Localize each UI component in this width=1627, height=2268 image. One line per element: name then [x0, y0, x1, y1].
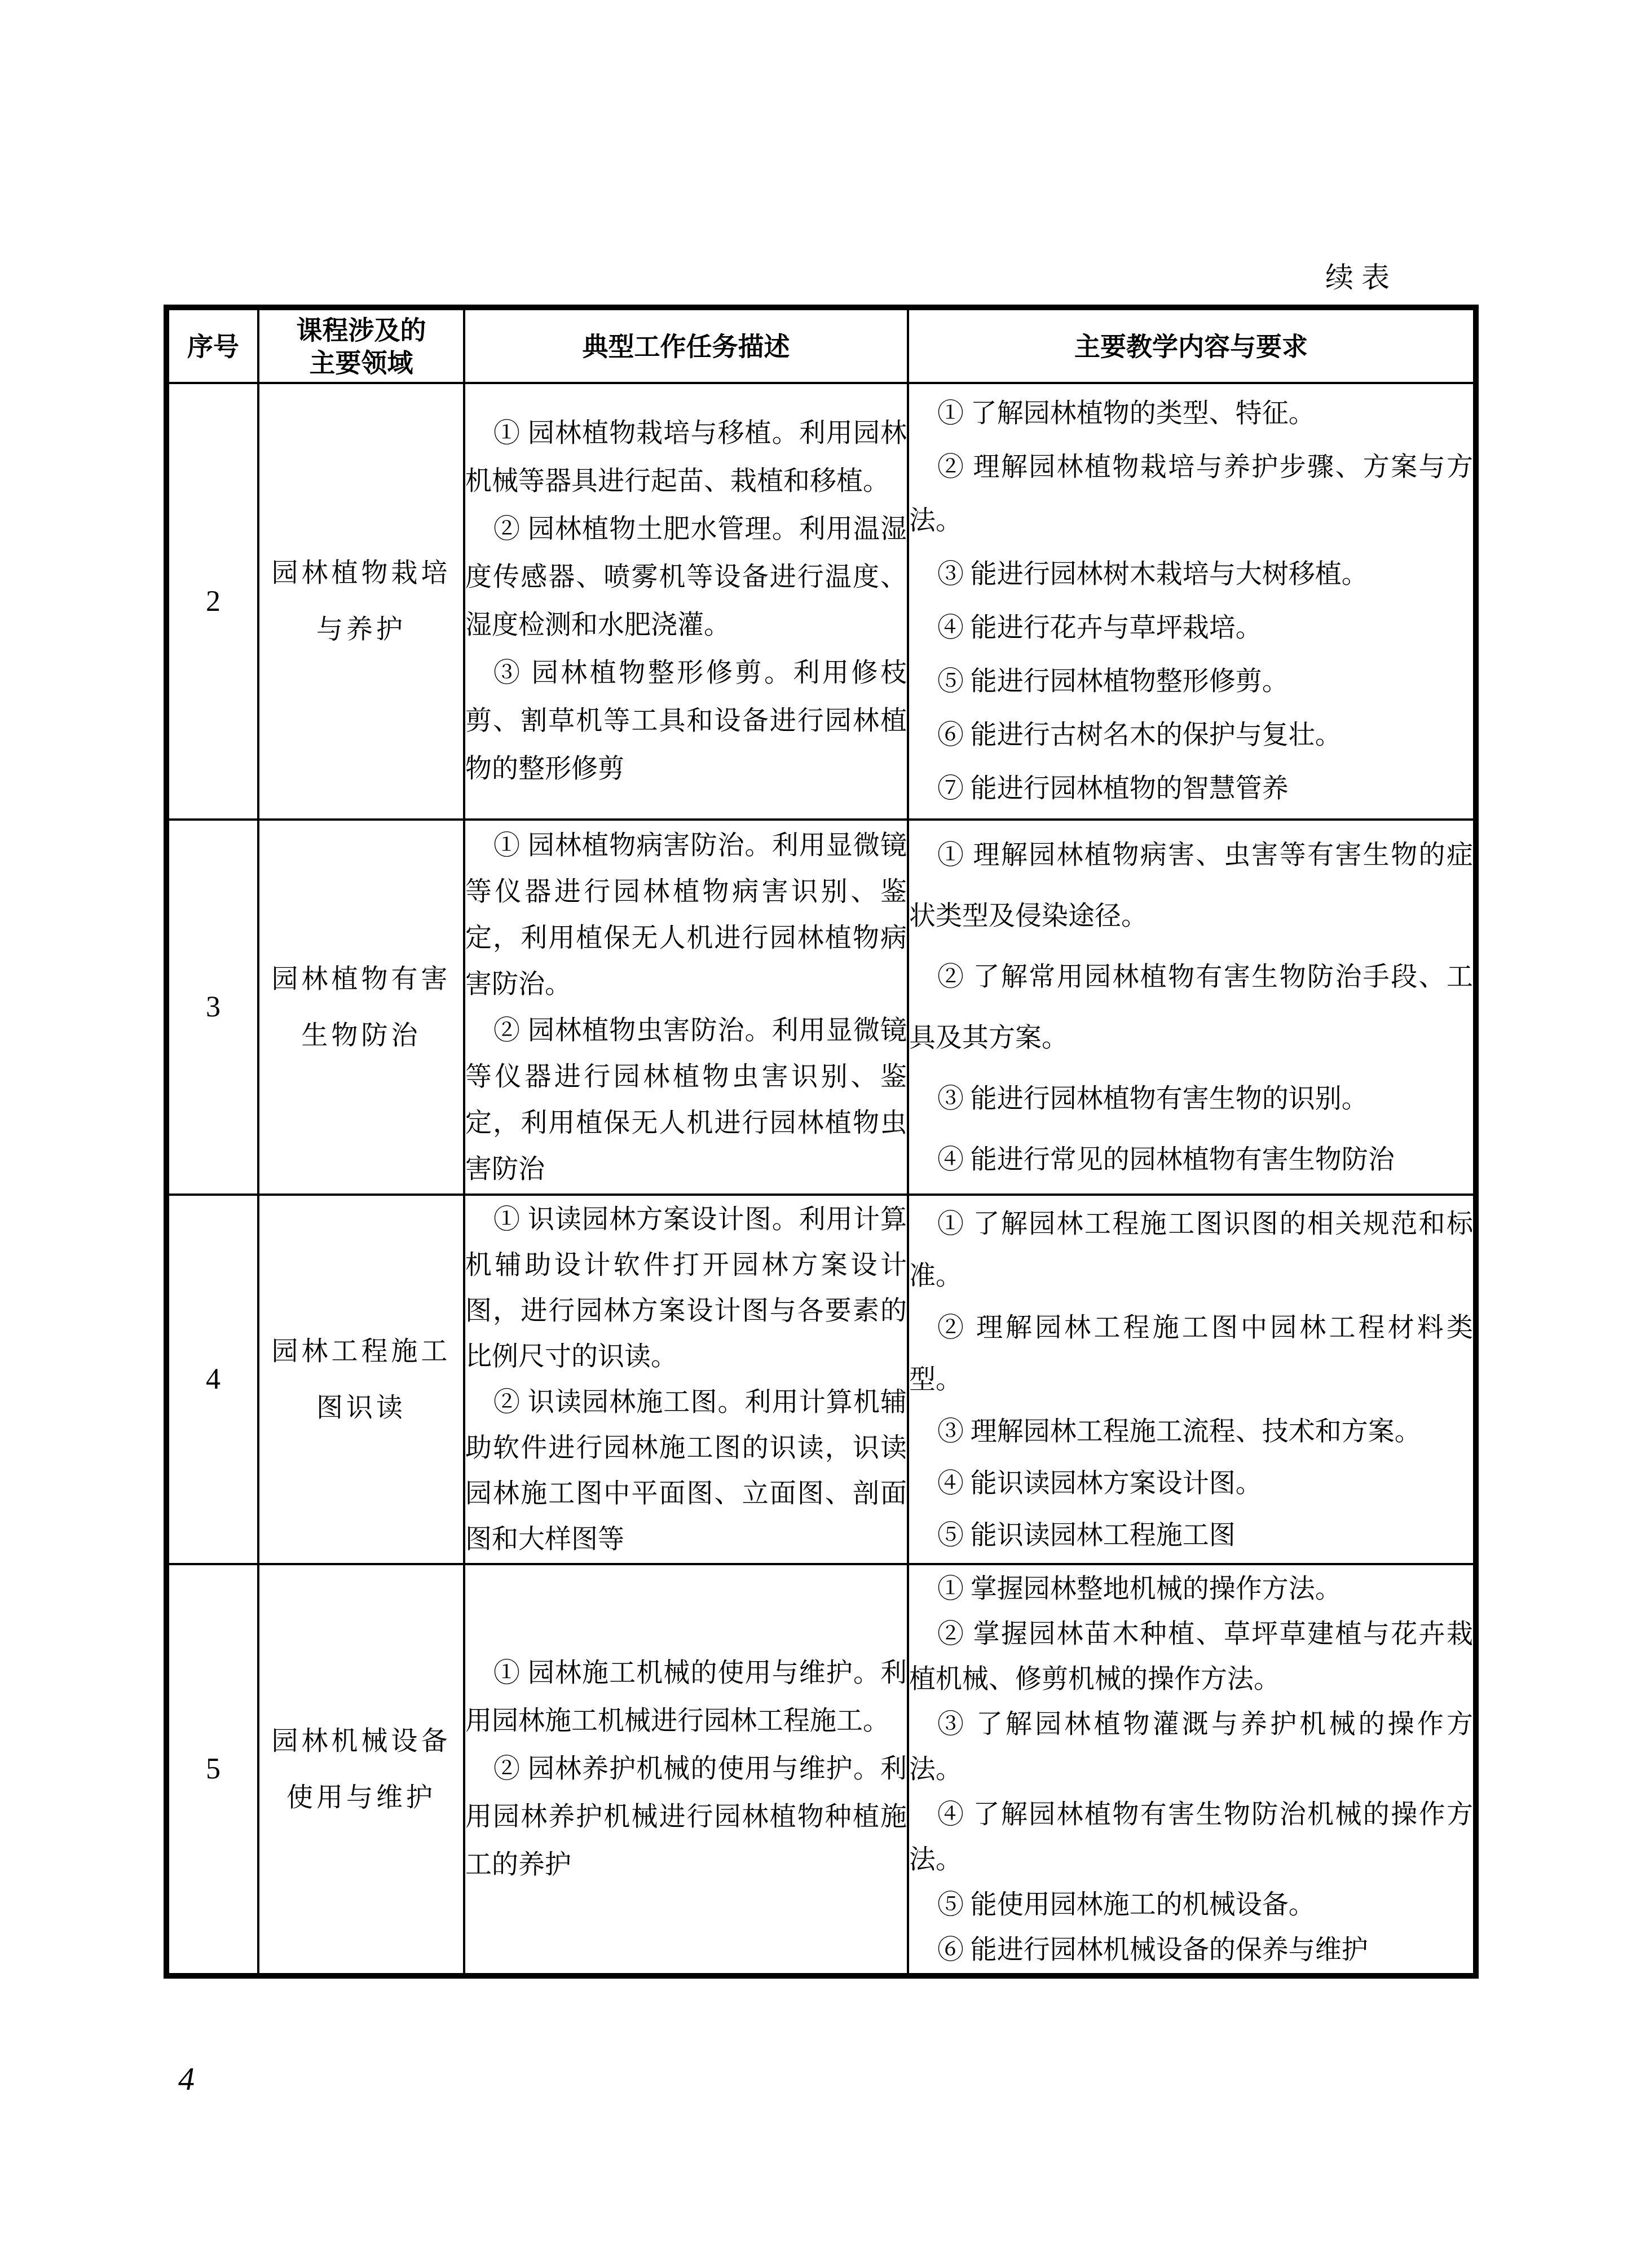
requirement-item: ① 掌握园林整地机械的操作方法。	[909, 1566, 1473, 1611]
continued-table-label: 续表	[1325, 255, 1397, 296]
requirement-item: ② 掌握园林苗木种植、草坪草建植与花卉栽植机械、修剪机械的操作方法。	[909, 1611, 1473, 1702]
row-number-cell: 5	[166, 1564, 258, 1976]
task-item: ③ 园林植物整形修剪。利用修枝剪、割草机等工具和设备进行园林植物的整形修剪	[465, 649, 907, 793]
domain-cell: 园林工程施工 图识读	[258, 1195, 464, 1564]
table-row: 5 园林机械设备 使用与维护 ① 园林施工机械的使用与维护。利用园林施工机械进行…	[166, 1564, 1476, 1976]
requirement-item: ③ 能进行园林植物有害生物的识别。	[909, 1068, 1473, 1129]
requirement-item: ⑤ 能识读园林工程施工图	[909, 1509, 1473, 1561]
requirement-item: ③ 能进行园林树木栽培与大树移植。	[909, 548, 1473, 601]
requirements-cell: ① 了解园林工程施工图识图的相关规范和标准。 ② 理解园林工程施工图中园林工程材…	[908, 1195, 1476, 1564]
requirement-item: ③ 理解园林工程施工流程、技术和方案。	[909, 1406, 1473, 1457]
requirements-cell: ① 掌握园林整地机械的操作方法。 ② 掌握园林苗木种植、草坪草建植与花卉栽植机械…	[908, 1564, 1476, 1976]
header-cell-domain: 课程涉及的 主要领域	[258, 307, 464, 383]
task-item: ② 识读园林施工图。利用计算机辅助软件进行园林施工图的识读，识读园林施工图中平面…	[465, 1380, 907, 1562]
requirements-cell: ① 理解园林植物病害、虫害等有害生物的症状类型及侵染途径。 ② 了解常用园林植物…	[908, 820, 1476, 1195]
requirement-item: ② 理解园林植物栽培与养护步骤、方案与方法。	[909, 441, 1473, 548]
table-row: 2 园林植物栽培 与养护 ① 园林植物栽培与移植。利用园林机械等器具进行起苗、栽…	[166, 383, 1476, 820]
requirements-cell: ① 了解园林植物的类型、特征。 ② 理解园林植物栽培与养护步骤、方案与方法。 ③…	[908, 383, 1476, 820]
domain-cell: 园林植物有害 生物防治	[258, 820, 464, 1195]
course-content-table: 序号 课程涉及的 主要领域 典型工作任务描述 主要教学内容与要求 2 园林植物栽…	[164, 305, 1479, 1979]
header-cell-tasks: 典型工作任务描述	[464, 307, 908, 383]
header-cell-requirements: 主要教学内容与要求	[908, 307, 1476, 383]
requirement-item: ④ 了解园林植物有害生物防治机械的操作方法。	[909, 1792, 1473, 1882]
page-number: 4	[178, 2060, 195, 2098]
requirement-item: ① 了解园林工程施工图识图的相关规范和标准。	[909, 1198, 1473, 1302]
requirement-item: ⑦ 能进行园林植物的智慧管养	[909, 762, 1473, 816]
requirement-item: ② 了解常用园林植物有害生物防治手段、工具及其方案。	[909, 946, 1473, 1068]
row-number-cell: 2	[166, 383, 258, 820]
table-row: 4 园林工程施工 图识读 ① 识读园林方案设计图。利用计算机辅助设计软件打开园林…	[166, 1195, 1476, 1564]
task-item: ① 园林施工机械的使用与维护。利用园林施工机械进行园林工程施工。	[465, 1649, 907, 1745]
task-item: ① 园林植物栽培与移植。利用园林机械等器具进行起苗、栽植和移植。	[465, 409, 907, 505]
requirement-item: ① 了解园林植物的类型、特征。	[909, 387, 1473, 441]
table-header-row: 序号 课程涉及的 主要领域 典型工作任务描述 主要教学内容与要求	[166, 307, 1476, 383]
domain-cell: 园林机械设备 使用与维护	[258, 1564, 464, 1976]
task-item: ② 园林植物土肥水管理。利用温湿度传感器、喷雾机等设备进行温度、湿度检测和水肥浇…	[465, 505, 907, 649]
task-item: ② 园林植物虫害防治。利用显微镜等仪器进行园林植物虫害识别、鉴定，利用植保无人机…	[465, 1007, 907, 1192]
tasks-cell: ① 园林植物病害防治。利用显微镜等仪器进行园林植物病害识别、鉴定，利用植保无人机…	[464, 820, 908, 1195]
requirement-item: ① 理解园林植物病害、虫害等有害生物的症状类型及侵染途径。	[909, 825, 1473, 946]
requirement-item: ④ 能识读园林方案设计图。	[909, 1457, 1473, 1509]
table-row: 3 园林植物有害 生物防治 ① 园林植物病害防治。利用显微镜等仪器进行园林植物病…	[166, 820, 1476, 1195]
domain-cell: 园林植物栽培 与养护	[258, 383, 464, 820]
requirement-item: ⑤ 能使用园林施工的机械设备。	[909, 1882, 1473, 1927]
requirement-item: ② 理解园林工程施工图中园林工程材料类型。	[909, 1302, 1473, 1406]
tasks-cell: ① 识读园林方案设计图。利用计算机辅助设计软件打开园林方案设计图，进行园林方案设…	[464, 1195, 908, 1564]
tasks-cell: ① 园林施工机械的使用与维护。利用园林施工机械进行园林工程施工。 ② 园林养护机…	[464, 1564, 908, 1976]
row-number-cell: 3	[166, 820, 258, 1195]
requirement-item: ④ 能进行花卉与草坪栽培。	[909, 601, 1473, 655]
requirement-item: ⑥ 能进行园林机械设备的保养与维护	[909, 1927, 1473, 1972]
requirement-item: ④ 能进行常见的园林植物有害生物防治	[909, 1129, 1473, 1190]
requirement-item: ⑥ 能进行古树名木的保护与复壮。	[909, 708, 1473, 762]
requirement-item: ⑤ 能进行园林植物整形修剪。	[909, 655, 1473, 708]
row-number-cell: 4	[166, 1195, 258, 1564]
task-item: ① 园林植物病害防治。利用显微镜等仪器进行园林植物病害识别、鉴定，利用植保无人机…	[465, 822, 907, 1007]
header-cell-number: 序号	[166, 307, 258, 383]
tasks-cell: ① 园林植物栽培与移植。利用园林机械等器具进行起苗、栽植和移植。 ② 园林植物土…	[464, 383, 908, 820]
task-item: ① 识读园林方案设计图。利用计算机辅助设计软件打开园林方案设计图，进行园林方案设…	[465, 1197, 907, 1380]
requirement-item: ③ 了解园林植物灌溉与养护机械的操作方法。	[909, 1702, 1473, 1792]
task-item: ② 园林养护机械的使用与维护。利用园林养护机械进行园林植物种植施工的养护	[465, 1745, 907, 1889]
